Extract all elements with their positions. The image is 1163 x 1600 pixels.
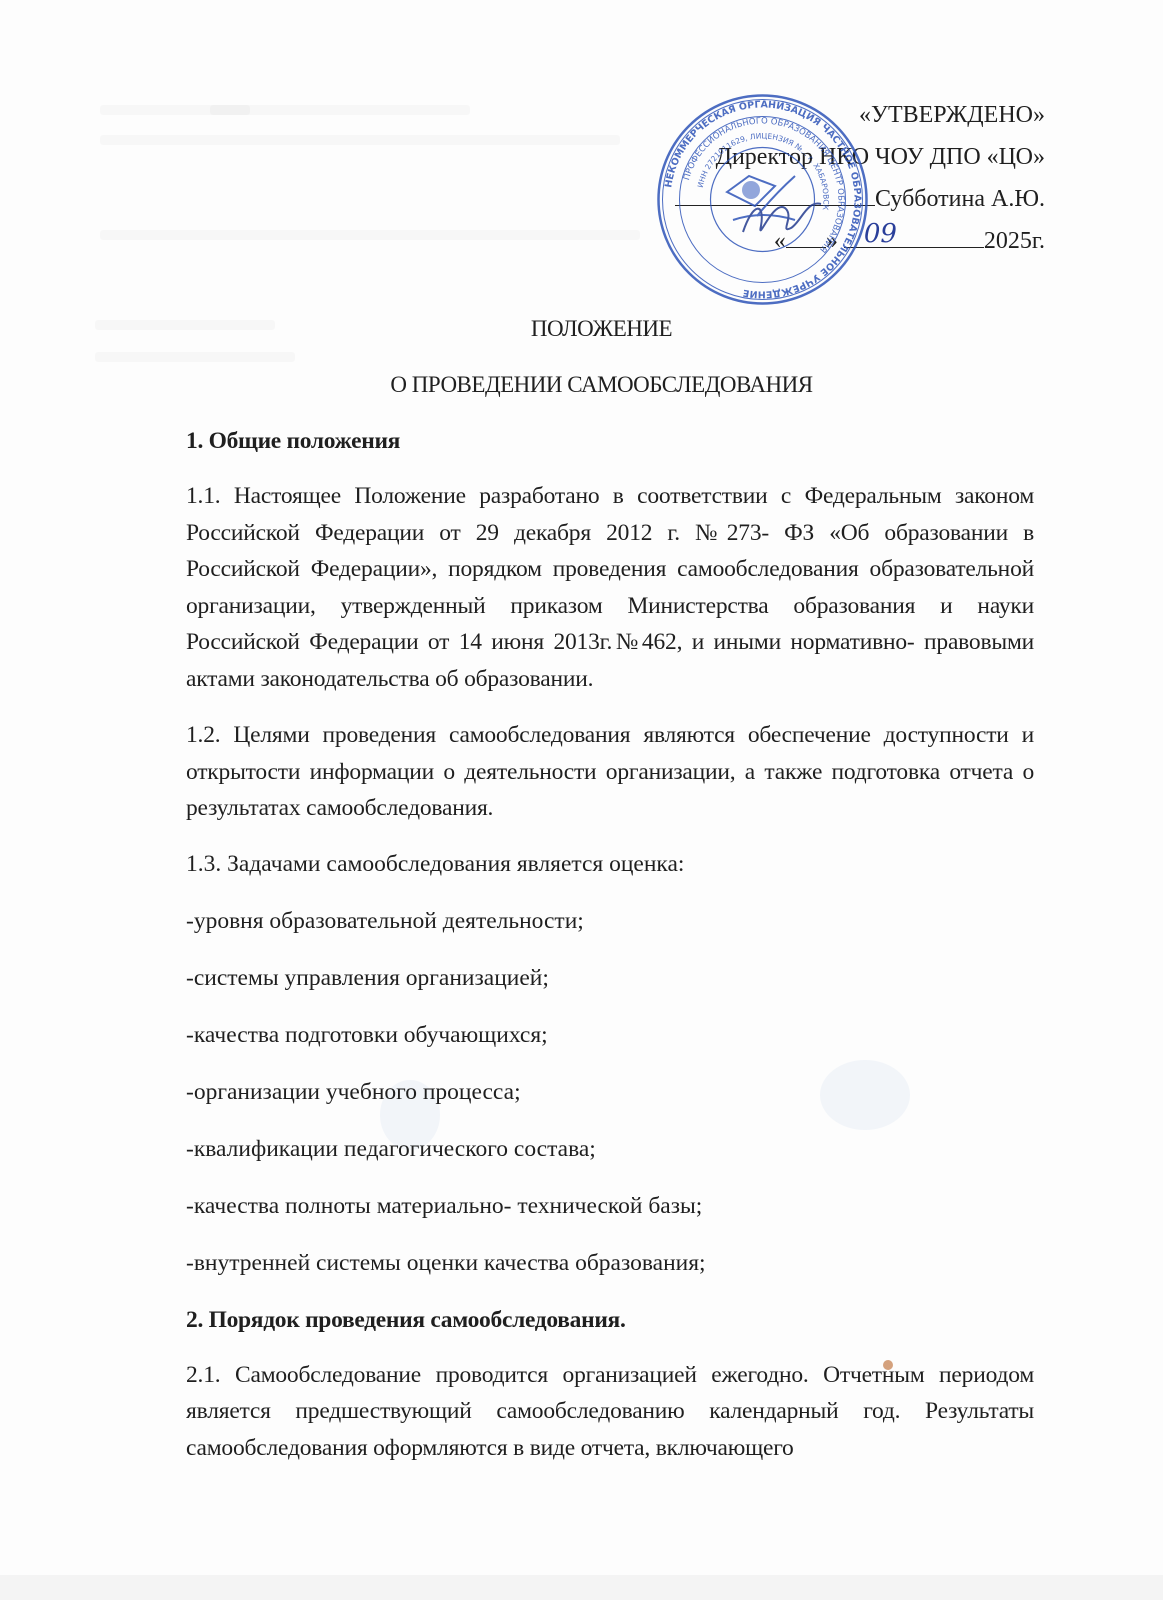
handwritten-month: 09 (864, 213, 897, 255)
section-heading-2: 2. Порядок проведения самообследования. (186, 1303, 1034, 1337)
bleed-through-mark (95, 352, 295, 362)
approver-position: Директор НКО ЧОУ ДПО «ЦО» (625, 136, 1045, 178)
date-day-field (786, 227, 826, 248)
date-month-field: 09 (844, 227, 984, 248)
approved-label: «УТВЕРЖДЕНО» (625, 94, 1045, 136)
list-item: -системы управления организацией; (186, 961, 1034, 995)
signature-line: Субботина А.Ю. (625, 178, 1045, 220)
paragraph-1-1: 1.1. Настоящее Положение разработано в с… (186, 478, 1034, 697)
signatory-name: Субботина А.Ю. (875, 186, 1045, 212)
date-close-quote: » (826, 228, 838, 254)
paragraph-2-1: 2.1. Самообследование проводится организ… (186, 1357, 1034, 1467)
list-item: -организации учебного процесса; (186, 1075, 1034, 1109)
document-body: 1. Общие положения 1.1. Настоящее Положе… (186, 424, 1034, 1466)
date-year: 2025г. (984, 228, 1045, 254)
bleed-through-mark (100, 230, 640, 240)
list-item: -качества полноты материально- техническ… (186, 1189, 1034, 1223)
list-item: -качества подготовки обучающихся; (186, 1018, 1034, 1052)
document-page: «УТВЕРЖДЕНО» Директор НКО ЧОУ ДПО «ЦО» С… (0, 0, 1163, 1600)
date-open-quote: « (774, 228, 786, 254)
document-subtitle: О ПРОВЕДЕНИИ САМООБСЛЕДОВАНИЯ (20, 372, 1163, 398)
list-item: -уровня образовательной деятельности; (186, 904, 1034, 938)
paragraph-1-2: 1.2. Целями проведения самообследования … (186, 717, 1034, 827)
paragraph-1-3: 1.3. Задачами самообследования является … (186, 847, 1034, 881)
bleed-through-mark (210, 105, 470, 115)
section-heading-1: 1. Общие положения (186, 424, 1034, 458)
approval-block: «УТВЕРЖДЕНО» Директор НКО ЧОУ ДПО «ЦО» С… (625, 94, 1045, 262)
list-item: -квалификации педагогического состава; (186, 1132, 1034, 1166)
signature-underline (675, 185, 875, 206)
document-title: ПОЛОЖЕНИЕ (20, 316, 1163, 342)
list-item: -внутренней системы оценки качества обра… (186, 1246, 1034, 1280)
approval-date: «» 092025г. (625, 220, 1045, 262)
page-bottom-edge (0, 1575, 1163, 1600)
bleed-through-mark (100, 135, 620, 145)
stain-mark (883, 1360, 893, 1370)
